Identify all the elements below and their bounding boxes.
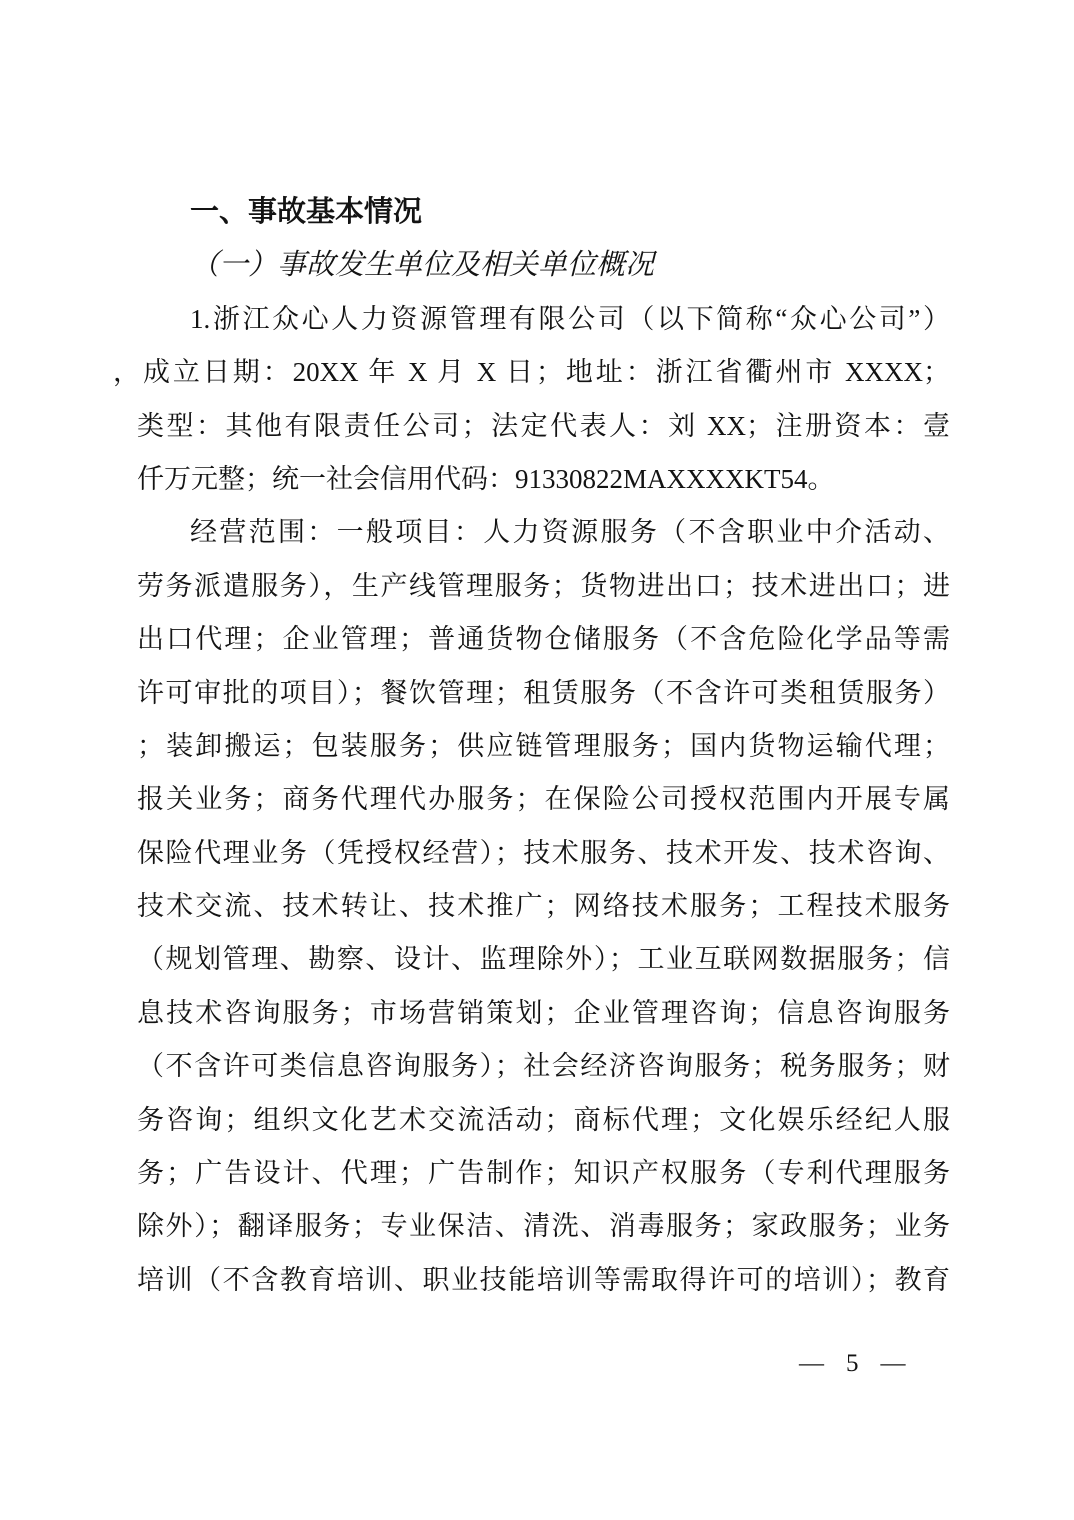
text-line: （不含许可类信息咨询服务）；社会经济咨询服务；税务服务；财: [137, 1040, 950, 1093]
text-line: ；装卸搬运；包装服务；供应链管理服务；国内货物运输代理；: [137, 720, 950, 773]
paragraph-company-overview: 1.浙江众心人力资源管理有限公司（以下简称“众心公司”），成立日期：20XX 年…: [137, 293, 950, 507]
text-line: 息技术咨询服务；市场营销策划；企业管理咨询；信息咨询服务: [137, 987, 950, 1040]
text-line: 保险代理业务（凭授权经营）；技术服务、技术开发、技术咨询、: [137, 827, 950, 880]
text-line: 1.浙江众心人力资源管理有限公司（以下简称“众心公司”）: [137, 293, 950, 346]
footer-dash-right: —: [881, 1350, 906, 1378]
document-page: 一、事故基本情况 （一）事故发生单位及相关单位概况 1.浙江众心人力资源管理有限…: [0, 0, 1074, 1520]
text-line: 技术交流、技术转让、技术推广；网络技术服务；工程技术服务: [137, 880, 950, 933]
footer-dash-left: —: [799, 1350, 824, 1378]
text-line: 务；广告设计、代理；广告制作；知识产权服务（专利代理服务: [137, 1147, 950, 1200]
text-line: 报关业务；商务代理代办服务；在保险公司授权范围内开展专属: [137, 773, 950, 826]
paragraph-business-scope: 经营范围：一般项目：人力资源服务（不含职业中介活动、劳务派遣服务），生产线管理服…: [137, 506, 950, 1307]
document-body: 一、事故基本情况 （一）事故发生单位及相关单位概况 1.浙江众心人力资源管理有限…: [137, 186, 950, 1307]
text-line: 仟万元整；统一社会信用代码：91330822MAXXXXKT54。: [137, 453, 950, 506]
page-number: 5: [846, 1350, 859, 1378]
page-footer: — 5 —: [799, 1347, 906, 1381]
text-line: 出口代理；企业管理；普通货物仓储服务（不含危险化学品等需: [137, 613, 950, 666]
text-line: 除外）；翻译服务；专业保洁、清洗、消毒服务；家政服务；业务: [137, 1200, 950, 1253]
text-line: ，成立日期：20XX 年 X 月 X 日；地址：浙江省衢州市 XXXX；: [137, 346, 950, 399]
text-line: （规划管理、勘察、设计、监理除外）；工业互联网数据服务；信: [137, 933, 950, 986]
section-heading: 一、事故基本情况: [137, 186, 950, 239]
text-line: 培训（不含教育培训、职业技能培训等需取得许可的培训）；教育: [137, 1254, 950, 1307]
text-line: 务咨询；组织文化艺术交流活动；商标代理；文化娱乐经纪人服: [137, 1094, 950, 1147]
text-line: 类型：其他有限责任公司；法定代表人：刘 XX；注册资本：壹: [137, 400, 950, 453]
subsection-heading: （一）事故发生单位及相关单位概况: [137, 239, 950, 292]
text-line: 经营范围：一般项目：人力资源服务（不含职业中介活动、: [137, 506, 950, 559]
text-line: 许可审批的项目）；餐饮管理；租赁服务（不含许可类租赁服务）: [137, 667, 950, 720]
text-line: 劳务派遣服务），生产线管理服务；货物进出口；技术进出口；进: [137, 560, 950, 613]
